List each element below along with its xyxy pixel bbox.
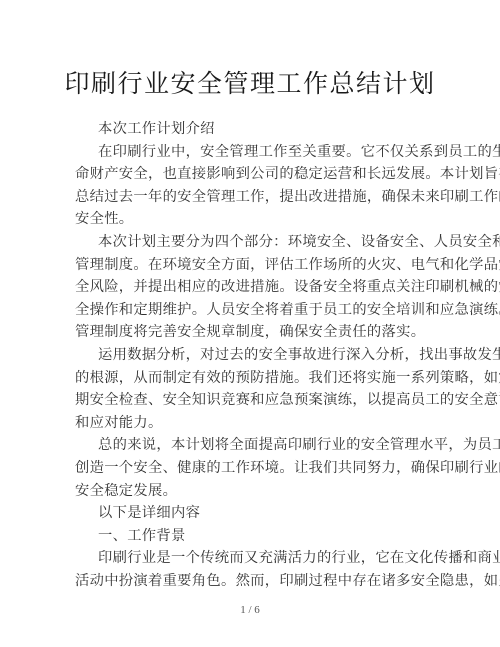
text-line: 管理制度。在环境安全方面，评估工作场所的火灾、电气和化学品安 bbox=[75, 254, 423, 277]
text-line: 本次工作计划介绍 bbox=[75, 118, 423, 141]
text-line: 在印刷行业中，安全管理工作至关重要。它不仅关系到员工的生 bbox=[75, 141, 423, 164]
document-title: 印刷行业安全管理工作总结计划 bbox=[0, 64, 500, 100]
text-line: 和应对能力。 bbox=[75, 412, 423, 435]
text-line: 安全性。 bbox=[75, 208, 423, 231]
text-line: 全风险，并提出相应的改进措施。设备安全将重点关注印刷机械的安 bbox=[75, 276, 423, 299]
document-body: 本次工作计划介绍 在印刷行业中，安全管理工作至关重要。它不仅关系到员工的生 命财… bbox=[75, 118, 423, 592]
text-line: 安全稳定发展。 bbox=[75, 480, 423, 503]
text-line: 总的来说，本计划将全面提高印刷行业的安全管理水平，为员工 bbox=[75, 434, 423, 457]
text-line: 总结过去一年的安全管理工作，提出改进措施，确保未来印刷工作的 bbox=[75, 186, 423, 209]
page-indicator: 1 / 6 bbox=[0, 604, 500, 616]
text-line: 活动中扮演着重要角色。然而，印刷过程中存在诸多安全隐患，如火 bbox=[75, 570, 423, 593]
document-page: 印刷行业安全管理工作总结计划 本次工作计划介绍 在印刷行业中，安全管理工作至关重… bbox=[0, 0, 500, 647]
text-line: 创造一个安全、健康的工作环境。让我们共同努力，确保印刷行业的 bbox=[75, 457, 423, 480]
text-line: 管理制度将完善安全规章制度，确保安全责任的落实。 bbox=[75, 321, 423, 344]
text-line: 命财产安全，也直接影响到公司的稳定运营和长远发展。本计划旨在 bbox=[75, 163, 423, 186]
section-heading: 一、工作背景 bbox=[75, 525, 423, 548]
text-line: 期安全检查、安全知识竞赛和应急预案演练，以提高员工的安全意识 bbox=[75, 389, 423, 412]
text-line: 全操作和定期维护。人员安全将着重于员工的安全培训和应急演练。 bbox=[75, 299, 423, 322]
text-line: 印刷行业是一个传统而又充满活力的行业，它在文化传播和商业 bbox=[75, 547, 423, 570]
text-line: 的根源，从而制定有效的预防措施。我们还将实施一系列策略，如定 bbox=[75, 367, 423, 390]
text-line: 运用数据分析，对过去的安全事故进行深入分析，找出事故发生 bbox=[75, 344, 423, 367]
text-line: 本次计划主要分为四个部分：环境安全、设备安全、人员安全和 bbox=[75, 231, 423, 254]
section-heading: 以下是详细内容 bbox=[75, 502, 423, 525]
